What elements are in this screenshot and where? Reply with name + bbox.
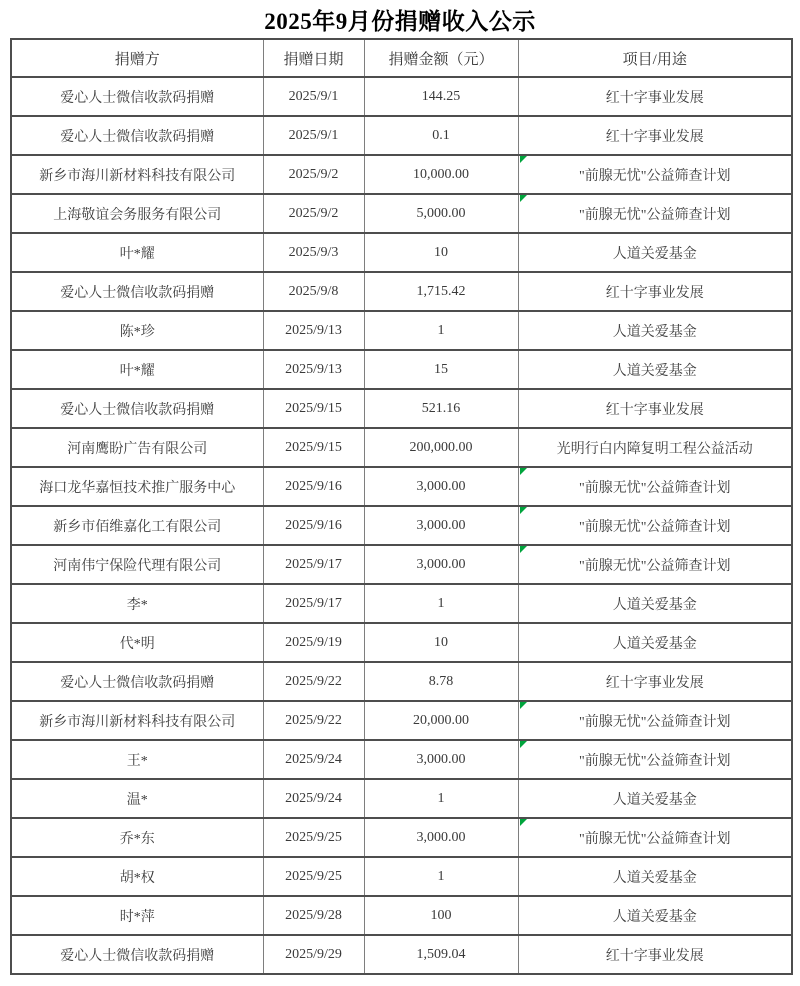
cell-donor: 爱心人士微信收款码捐赠 <box>11 935 263 974</box>
green-corner-marker-icon <box>520 195 527 202</box>
cell-donor: 胡*权 <box>11 857 263 896</box>
header-amount: 捐赠金额（元） <box>364 39 518 77</box>
cell-donor: 爱心人士微信收款码捐赠 <box>11 662 263 701</box>
table-row: 陈*珍2025/9/131人道关爱基金 <box>11 311 792 350</box>
table-row: 爱心人士微信收款码捐赠2025/9/81,715.42红十字事业发展 <box>11 272 792 311</box>
header-row: 捐赠方 捐赠日期 捐赠金额（元） 项目/用途 <box>11 39 792 77</box>
green-corner-marker-icon <box>520 468 527 475</box>
cell-donor: 上海敬谊会务服务有限公司 <box>11 194 263 233</box>
cell-amount: 1 <box>364 584 518 623</box>
cell-donor: 温* <box>11 779 263 818</box>
cell-amount: 20,000.00 <box>364 701 518 740</box>
table-row: 叶*耀2025/9/1315人道关爱基金 <box>11 350 792 389</box>
cell-donor: 爱心人士微信收款码捐赠 <box>11 389 263 428</box>
green-corner-marker-icon <box>520 507 527 514</box>
cell-purpose: 人道关爱基金 <box>518 779 792 818</box>
cell-amount: 521.16 <box>364 389 518 428</box>
table-row: 爱心人士微信收款码捐赠2025/9/1144.25红十字事业发展 <box>11 77 792 116</box>
green-corner-marker-icon <box>520 702 527 709</box>
cell-date: 2025/9/16 <box>263 467 364 506</box>
cell-donor: 河南伟宁保险代理有限公司 <box>11 545 263 584</box>
cell-date: 2025/9/17 <box>263 584 364 623</box>
cell-date: 2025/9/28 <box>263 896 364 935</box>
cell-donor: 王* <box>11 740 263 779</box>
table-row: 河南鹰盼广告有限公司2025/9/15200,000.00光明行白内障复明工程公… <box>11 428 792 467</box>
cell-amount: 1 <box>364 779 518 818</box>
cell-amount: 3,000.00 <box>364 467 518 506</box>
cell-amount: 15 <box>364 350 518 389</box>
cell-date: 2025/9/16 <box>263 506 364 545</box>
cell-purpose: 人道关爱基金 <box>518 896 792 935</box>
cell-donor: 代*明 <box>11 623 263 662</box>
cell-purpose: 人道关爱基金 <box>518 623 792 662</box>
cell-date: 2025/9/25 <box>263 857 364 896</box>
cell-purpose: 红十字事业发展 <box>518 935 792 974</box>
cell-amount: 1 <box>364 311 518 350</box>
cell-donor: 河南鹰盼广告有限公司 <box>11 428 263 467</box>
table-body: 爱心人士微信收款码捐赠2025/9/1144.25红十字事业发展爱心人士微信收款… <box>11 77 792 974</box>
cell-donor: 叶*耀 <box>11 350 263 389</box>
cell-purpose: 人道关爱基金 <box>518 584 792 623</box>
table-row: 乔*东2025/9/253,000.00"前腺无忧"公益筛查计划 <box>11 818 792 857</box>
table-row: 新乡市海川新材料科技有限公司2025/9/2220,000.00"前腺无忧"公益… <box>11 701 792 740</box>
cell-donor: 新乡市佰维嘉化工有限公司 <box>11 506 263 545</box>
cell-amount: 3,000.00 <box>364 740 518 779</box>
table-row: 爱心人士微信收款码捐赠2025/9/228.78红十字事业发展 <box>11 662 792 701</box>
cell-date: 2025/9/25 <box>263 818 364 857</box>
green-corner-marker-icon <box>520 546 527 553</box>
cell-purpose: 人道关爱基金 <box>518 350 792 389</box>
cell-purpose: 光明行白内障复明工程公益活动 <box>518 428 792 467</box>
cell-date: 2025/9/19 <box>263 623 364 662</box>
cell-amount: 10 <box>364 623 518 662</box>
cell-donor: 爱心人士微信收款码捐赠 <box>11 116 263 155</box>
cell-donor: 陈*珍 <box>11 311 263 350</box>
table-row: 上海敬谊会务服务有限公司2025/9/25,000.00"前腺无忧"公益筛查计划 <box>11 194 792 233</box>
cell-date: 2025/9/13 <box>263 350 364 389</box>
cell-purpose: "前腺无忧"公益筛查计划 <box>518 506 792 545</box>
header-donor: 捐赠方 <box>11 39 263 77</box>
table-row: 爱心人士微信收款码捐赠2025/9/15521.16红十字事业发展 <box>11 389 792 428</box>
cell-purpose: 红十字事业发展 <box>518 77 792 116</box>
cell-purpose: "前腺无忧"公益筛查计划 <box>518 155 792 194</box>
cell-donor: 李* <box>11 584 263 623</box>
cell-purpose: "前腺无忧"公益筛查计划 <box>518 467 792 506</box>
table-row: 王*2025/9/243,000.00"前腺无忧"公益筛查计划 <box>11 740 792 779</box>
cell-amount: 200,000.00 <box>364 428 518 467</box>
cell-purpose: 红十字事业发展 <box>518 272 792 311</box>
cell-donor: 爱心人士微信收款码捐赠 <box>11 272 263 311</box>
table-row: 爱心人士微信收款码捐赠2025/9/10.1红十字事业发展 <box>11 116 792 155</box>
cell-donor: 新乡市海川新材料科技有限公司 <box>11 701 263 740</box>
table-row: 爱心人士微信收款码捐赠2025/9/291,509.04红十字事业发展 <box>11 935 792 974</box>
cell-amount: 144.25 <box>364 77 518 116</box>
cell-date: 2025/9/15 <box>263 428 364 467</box>
cell-date: 2025/9/17 <box>263 545 364 584</box>
table-header: 捐赠方 捐赠日期 捐赠金额（元） 项目/用途 <box>11 39 792 77</box>
cell-date: 2025/9/15 <box>263 389 364 428</box>
cell-purpose: "前腺无忧"公益筛查计划 <box>518 194 792 233</box>
cell-amount: 10,000.00 <box>364 155 518 194</box>
donation-table: 捐赠方 捐赠日期 捐赠金额（元） 项目/用途 爱心人士微信收款码捐赠2025/9… <box>10 38 793 975</box>
cell-date: 2025/9/24 <box>263 740 364 779</box>
table-row: 李*2025/9/171人道关爱基金 <box>11 584 792 623</box>
cell-donor: 新乡市海川新材料科技有限公司 <box>11 155 263 194</box>
cell-amount: 8.78 <box>364 662 518 701</box>
green-corner-marker-icon <box>520 819 527 826</box>
cell-purpose: 红十字事业发展 <box>518 389 792 428</box>
header-date: 捐赠日期 <box>263 39 364 77</box>
cell-date: 2025/9/2 <box>263 155 364 194</box>
cell-date: 2025/9/1 <box>263 116 364 155</box>
cell-date: 2025/9/22 <box>263 701 364 740</box>
cell-purpose: 人道关爱基金 <box>518 233 792 272</box>
cell-amount: 5,000.00 <box>364 194 518 233</box>
cell-amount: 1 <box>364 857 518 896</box>
donation-publicity-page: 2025年9月份捐赠收入公示 捐赠方 捐赠日期 捐赠金额（元） 项目/用途 爱心… <box>0 0 800 986</box>
cell-donor: 爱心人士微信收款码捐赠 <box>11 77 263 116</box>
page-title: 2025年9月份捐赠收入公示 <box>0 0 800 38</box>
cell-donor: 时*萍 <box>11 896 263 935</box>
cell-purpose: "前腺无忧"公益筛查计划 <box>518 545 792 584</box>
cell-purpose: "前腺无忧"公益筛查计划 <box>518 740 792 779</box>
cell-donor: 乔*东 <box>11 818 263 857</box>
cell-date: 2025/9/24 <box>263 779 364 818</box>
table-row: 新乡市佰维嘉化工有限公司2025/9/163,000.00"前腺无忧"公益筛查计… <box>11 506 792 545</box>
cell-purpose: 人道关爱基金 <box>518 857 792 896</box>
cell-date: 2025/9/8 <box>263 272 364 311</box>
table-row: 胡*权2025/9/251人道关爱基金 <box>11 857 792 896</box>
table-row: 温*2025/9/241人道关爱基金 <box>11 779 792 818</box>
cell-amount: 10 <box>364 233 518 272</box>
cell-amount: 3,000.00 <box>364 818 518 857</box>
cell-date: 2025/9/2 <box>263 194 364 233</box>
cell-amount: 3,000.00 <box>364 545 518 584</box>
cell-amount: 0.1 <box>364 116 518 155</box>
cell-amount: 100 <box>364 896 518 935</box>
cell-donor: 海口龙华嘉恒技术推广服务中心 <box>11 467 263 506</box>
cell-amount: 1,715.42 <box>364 272 518 311</box>
table-row: 河南伟宁保险代理有限公司2025/9/173,000.00"前腺无忧"公益筛查计… <box>11 545 792 584</box>
table-row: 代*明2025/9/1910人道关爱基金 <box>11 623 792 662</box>
cell-purpose: 红十字事业发展 <box>518 662 792 701</box>
cell-amount: 3,000.00 <box>364 506 518 545</box>
cell-donor: 叶*耀 <box>11 233 263 272</box>
cell-date: 2025/9/22 <box>263 662 364 701</box>
cell-purpose: "前腺无忧"公益筛查计划 <box>518 818 792 857</box>
cell-date: 2025/9/1 <box>263 77 364 116</box>
cell-date: 2025/9/29 <box>263 935 364 974</box>
cell-purpose: "前腺无忧"公益筛查计划 <box>518 701 792 740</box>
cell-amount: 1,509.04 <box>364 935 518 974</box>
table-row: 时*萍2025/9/28100人道关爱基金 <box>11 896 792 935</box>
cell-date: 2025/9/13 <box>263 311 364 350</box>
header-purpose: 项目/用途 <box>518 39 792 77</box>
cell-purpose: 红十字事业发展 <box>518 116 792 155</box>
cell-date: 2025/9/3 <box>263 233 364 272</box>
cell-purpose: 人道关爱基金 <box>518 311 792 350</box>
table-row: 新乡市海川新材料科技有限公司2025/9/210,000.00"前腺无忧"公益筛… <box>11 155 792 194</box>
table-row: 海口龙华嘉恒技术推广服务中心2025/9/163,000.00"前腺无忧"公益筛… <box>11 467 792 506</box>
table-row: 叶*耀2025/9/310人道关爱基金 <box>11 233 792 272</box>
green-corner-marker-icon <box>520 156 527 163</box>
green-corner-marker-icon <box>520 741 527 748</box>
